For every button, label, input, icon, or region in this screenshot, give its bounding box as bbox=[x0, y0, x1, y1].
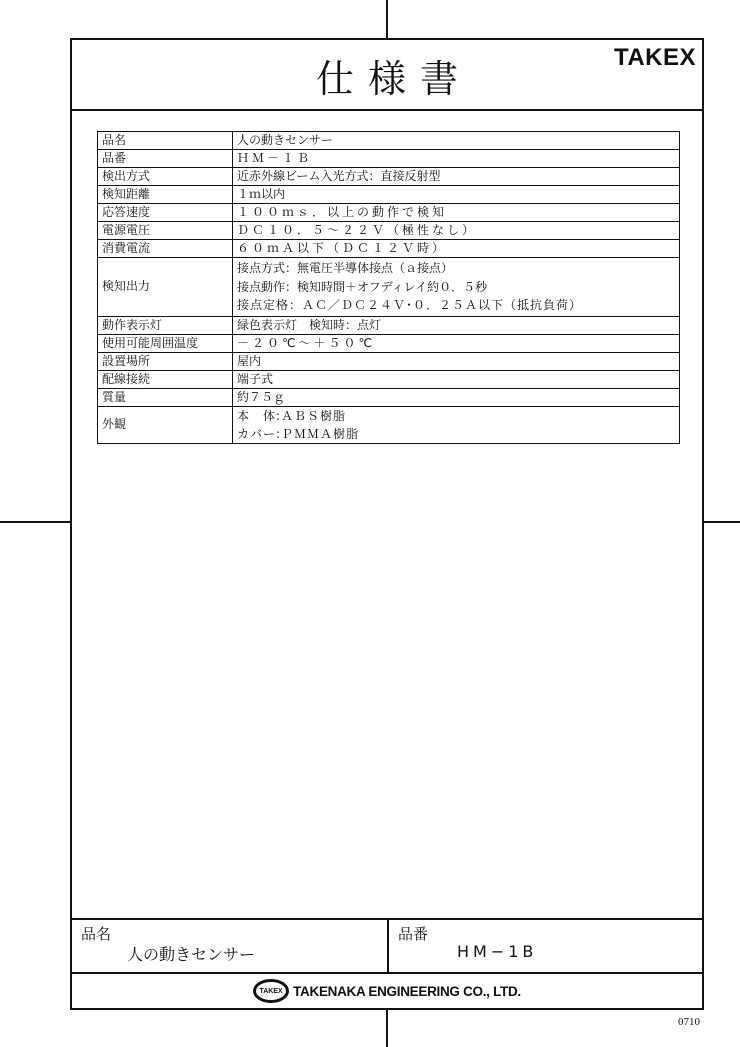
row-value-line: 接点動作：検知時間＋オフディレイ約０．５秒 bbox=[237, 278, 675, 297]
row-value-line: 本 体:ＡＢＳ樹脂 bbox=[237, 407, 675, 425]
row-label: 消費電流 bbox=[98, 240, 233, 258]
takex-logo-icon: TAKEX bbox=[253, 979, 289, 1003]
table-row: 配線接続 端子式 bbox=[98, 370, 680, 388]
row-label: 品名 bbox=[98, 132, 233, 150]
spec-table: 品名 人の動きセンサー 品番 ＨＭ－１Ｂ 検出方式 近赤外線ビーム入光方式：直接… bbox=[97, 131, 680, 444]
table-row: 検知距離 １ｍ以内 bbox=[98, 186, 680, 204]
row-value: 約７５ｇ bbox=[233, 388, 680, 406]
company-name: TAKENAKA ENGINEERING CO., LTD. bbox=[293, 984, 521, 999]
table-row: 応答速度 １００ｍｓ．以上の動作で検知 bbox=[98, 204, 680, 222]
table-row: 検出方式 近赤外線ビーム入光方式：直接反射型 bbox=[98, 168, 680, 186]
product-number-value: HM−1B bbox=[457, 942, 537, 961]
row-value: 人の動きセンサー bbox=[233, 132, 680, 150]
row-value: ＨＭ－１Ｂ bbox=[233, 150, 680, 168]
row-label: 使用可能周囲温度 bbox=[98, 334, 233, 352]
table-row: 動作表示灯 緑色表示灯 検知時：点灯 bbox=[98, 316, 680, 334]
title-block: 品名 人の動きセンサー 品番 HM−1B TAKEX TAKENAKA ENGI… bbox=[72, 918, 702, 1008]
row-value: １ｍ以内 bbox=[233, 186, 680, 204]
row-value: 端子式 bbox=[233, 370, 680, 388]
row-label: 応答速度 bbox=[98, 204, 233, 222]
row-value: 緑色表示灯 検知時：点灯 bbox=[233, 316, 680, 334]
row-value-multiline: 本 体:ＡＢＳ樹脂 カバー:ＰＭＭＡ樹脂 bbox=[233, 406, 680, 443]
row-value: 近赤外線ビーム入光方式：直接反射型 bbox=[233, 168, 680, 186]
row-label: 電源電圧 bbox=[98, 222, 233, 240]
row-label: 品番 bbox=[98, 150, 233, 168]
row-value-line: 接点方式：無電圧半導体接点（ａ接点） bbox=[237, 259, 675, 278]
document-frame: 仕様書 TAKEX 品名 人の動きセンサー 品番 ＨＭ－１Ｂ 検出方式 近赤外線… bbox=[70, 38, 704, 1010]
row-value: 屋内 bbox=[233, 352, 680, 370]
table-row: 消費電流 ６０ｍＡ以下（ＤＣ１２Ｖ時） bbox=[98, 240, 680, 258]
product-number-label: 品番 bbox=[398, 923, 428, 944]
product-name-label: 品名 bbox=[81, 923, 111, 944]
row-value: －２０℃～＋５０℃ bbox=[233, 334, 680, 352]
row-label: 設置場所 bbox=[98, 352, 233, 370]
document-header: 仕様書 TAKEX bbox=[72, 40, 702, 111]
crop-mark-left bbox=[0, 521, 70, 523]
row-label: 外観 bbox=[98, 406, 233, 443]
table-row: 質量 約７５ｇ bbox=[98, 388, 680, 406]
table-row: 電源電圧 ＤＣ１０．５～２２Ｖ（極性なし） bbox=[98, 222, 680, 240]
table-row: 検知出力 接点方式：無電圧半導体接点（ａ接点） 接点動作：検知時間＋オフディレイ… bbox=[98, 258, 680, 317]
product-name-value: 人の動きセンサー bbox=[127, 942, 255, 965]
product-name-cell: 品名 人の動きセンサー bbox=[72, 920, 389, 972]
row-value: １００ｍｓ．以上の動作で検知 bbox=[233, 204, 680, 222]
product-info-row: 品名 人の動きセンサー 品番 HM−1B bbox=[72, 920, 702, 974]
table-row: 設置場所 屋内 bbox=[98, 352, 680, 370]
row-value: ＤＣ１０．５～２２Ｖ（極性なし） bbox=[233, 222, 680, 240]
product-number-cell: 品番 HM−1B bbox=[389, 920, 702, 972]
row-label: 質量 bbox=[98, 388, 233, 406]
brand-logo: TAKEX bbox=[614, 44, 696, 72]
table-row: 使用可能周囲温度 －２０℃～＋５０℃ bbox=[98, 334, 680, 352]
crop-mark-top bbox=[386, 0, 388, 38]
document-title: 仕様書 bbox=[72, 48, 702, 103]
row-value-multiline: 接点方式：無電圧半導体接点（ａ接点） 接点動作：検知時間＋オフディレイ約０．５秒… bbox=[233, 258, 680, 317]
table-row: 品名 人の動きセンサー bbox=[98, 132, 680, 150]
table-row: 外観 本 体:ＡＢＳ樹脂 カバー:ＰＭＭＡ樹脂 bbox=[98, 406, 680, 443]
crop-mark-right bbox=[704, 521, 740, 523]
logo-text: TAKEX bbox=[260, 988, 283, 995]
row-label: 検知距離 bbox=[98, 186, 233, 204]
company-row: TAKEX TAKENAKA ENGINEERING CO., LTD. bbox=[72, 974, 702, 1008]
row-label: 検知出力 bbox=[98, 258, 233, 317]
row-value: ６０ｍＡ以下（ＤＣ１２Ｖ時） bbox=[233, 240, 680, 258]
row-value-line: カバー:ＰＭＭＡ樹脂 bbox=[237, 425, 675, 443]
row-label: 検出方式 bbox=[98, 168, 233, 186]
row-label: 配線接続 bbox=[98, 370, 233, 388]
table-row: 品番 ＨＭ－１Ｂ bbox=[98, 150, 680, 168]
document-code: 0710 bbox=[678, 1016, 700, 1028]
crop-mark-bottom bbox=[386, 1010, 388, 1047]
row-label: 動作表示灯 bbox=[98, 316, 233, 334]
row-value-line: 接点定格：ＡＣ／ＤＣ２４Ｖ･０．２５Ａ以下（抵抗負荷） bbox=[237, 296, 675, 315]
